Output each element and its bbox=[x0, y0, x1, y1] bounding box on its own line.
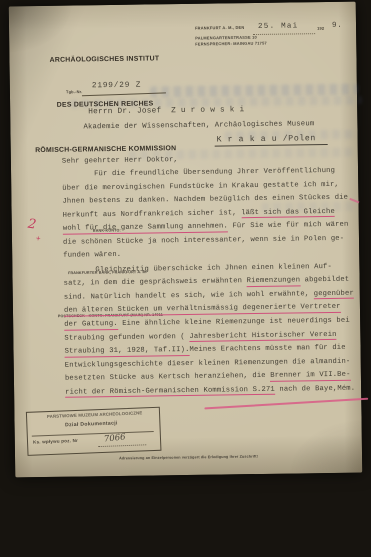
red-underlined-text: Riemenzungen bbox=[247, 277, 301, 287]
body-text: die schönen Stücke ja noch interessanter… bbox=[63, 235, 344, 247]
year-prefix: 192 bbox=[317, 27, 324, 31]
body-text: nach de Baye,Mém. bbox=[275, 384, 355, 393]
letter-page: ARCHÄOLOGISCHES INSTITUT DES DEUTSCHEN R… bbox=[9, 2, 363, 478]
red-underlined-text: der Gattung. bbox=[64, 320, 118, 330]
institute-name-line: RÖMISCH-GERMANISCHE KOMMISSION bbox=[25, 144, 187, 155]
body-text: über die merovingischen Fundstücke in Kr… bbox=[62, 180, 339, 192]
red-underlined-text: läßt sich das Gleiche bbox=[241, 208, 335, 219]
body-text: abgebildet bbox=[300, 276, 349, 285]
body-text: Eine ähnliche kleine Riemenzunge ist neu… bbox=[118, 317, 350, 328]
red-underlined-text: wohl für die ganze Sammlung annehmen. bbox=[63, 223, 228, 235]
museum-stamp: PAŃSTWOWE MUZEUM ARCHEOLOGICZNE Dział Do… bbox=[26, 407, 162, 456]
red-underlined-text: Brenner im VII.Be- bbox=[270, 371, 350, 382]
stamp-department: Dział Dokumentacji bbox=[40, 419, 143, 429]
red-underlined-text: richt der Römisch-Germanischen Kommissio… bbox=[65, 386, 275, 398]
letter-body: Für die freundliche Übersendung Jhrer Ve… bbox=[62, 164, 371, 400]
body-text: Straubing gefunden worden ( bbox=[64, 333, 189, 343]
body-text: Jhnen bestens zu danken. Nachdem bezügli… bbox=[62, 194, 348, 206]
institute-name-line: ARCHÄOLOGISCHES INSTITUT bbox=[23, 54, 185, 65]
body-text: Für die freundliche Übersendung Jhrer Ve… bbox=[94, 167, 335, 178]
place-date-label: FRANKFURT A. M., DEN bbox=[195, 26, 244, 31]
body-text: besetzten Stücke aus Kertsch heranziehen… bbox=[65, 372, 270, 383]
body-text: Für Sie wie für mich wären bbox=[228, 221, 349, 231]
red-underlined-text: gegenüber bbox=[314, 290, 354, 300]
body-text: funden wären. bbox=[63, 251, 121, 260]
red-pencil-stroke bbox=[204, 398, 368, 409]
body-text: Entwicklungsgeschichte dieser kleinen Ri… bbox=[65, 357, 351, 369]
body-text: sind. Natürlich handelt es sich, wie ich… bbox=[64, 290, 314, 301]
recipient-name: Herrn Dr. Josef Z u r o w s k i bbox=[88, 106, 244, 116]
recipient-city: K r a k a u /Polen bbox=[215, 134, 328, 147]
street-address: PALMENGARTENSTRASSE 10 bbox=[195, 36, 257, 41]
date-blank-line bbox=[253, 33, 315, 35]
body-text: Herkunft aus Nordfrankreich sicher ist, bbox=[63, 209, 242, 219]
journal-number-label: Tgb.-Nr. bbox=[66, 90, 83, 94]
paragraph: Für die freundliche Übersendung Jhrer Ve… bbox=[62, 164, 371, 263]
phone-line: FERNSPRECHER: MAINGAU 71757 bbox=[195, 42, 267, 47]
stamp-divider bbox=[32, 431, 154, 437]
body-text: Meines Erachtens müsste man für die bbox=[189, 344, 345, 354]
body-text: Gleichzeitig überschicke ich Jhnen einen… bbox=[95, 263, 332, 274]
red-underlined-text: Jahresbericht Historischer Verein bbox=[189, 330, 336, 342]
stamp-number-line bbox=[98, 444, 146, 447]
stamp-museum-name: PAŃSTWOWE MUZEUM ARCHEOLOGICZNE bbox=[47, 412, 139, 420]
date-block: FRANKFURT A. M., DEN 25. Mai 192 9. PALM… bbox=[195, 22, 355, 54]
stamp-register-label: Ks. wpływu poz. Nr bbox=[33, 439, 78, 445]
footer-notice: Adressierung an Einzelpersonen verzögert… bbox=[81, 454, 296, 461]
year-digit: 9. bbox=[332, 22, 342, 30]
salutation: Sehr geehrter Herr Doktor, bbox=[62, 156, 178, 166]
date-value: 25. Mai bbox=[258, 22, 298, 31]
body-text: satz, in dem die gesprächsweis erwähnten bbox=[64, 278, 247, 289]
stamp-register-number: 7066 bbox=[103, 432, 126, 444]
journal-number-value: 2199/29 Z bbox=[92, 82, 141, 91]
paragraph: Gleichzeitig überschicke ich Jhnen einen… bbox=[63, 260, 371, 400]
red-underlined-text: Straubing 31, 1928, Taf.II). bbox=[65, 346, 190, 357]
